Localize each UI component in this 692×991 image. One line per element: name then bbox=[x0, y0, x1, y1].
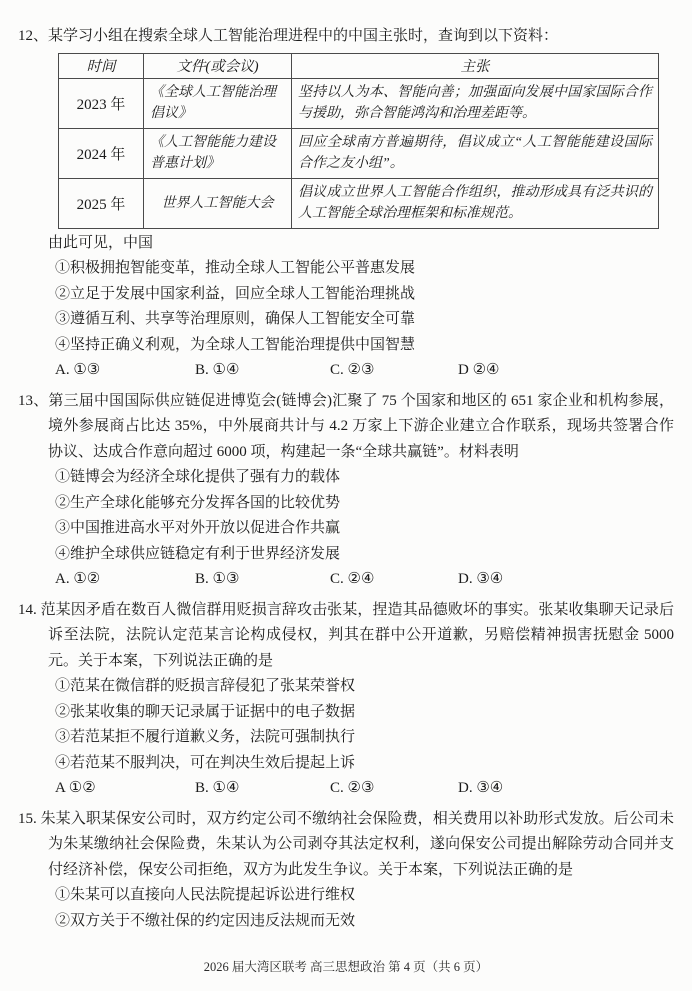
table-cell-document: 《全球人工智能治理倡议》 bbox=[144, 78, 292, 128]
option-item: ③若范某拒不履行道歉义务，法院可强制执行 bbox=[18, 725, 674, 751]
option-item: ①范某在微信群的贬损言辞侵犯了张某荣誉权 bbox=[18, 674, 674, 700]
option-item: ②生产全球化能够充分发挥各国的比较优势 bbox=[18, 491, 674, 517]
question-stem-text: 朱某入职某保安公司时，双方约定公司不缴纳社会保险费，相关费用以补助形式发放。后公… bbox=[41, 811, 674, 878]
question-number: 15. bbox=[18, 811, 41, 827]
question-stem-text: 某学习小组在搜索全球人工智能治理进程中的中国主张时，查询到以下资料： bbox=[48, 28, 558, 44]
option-item: ④维护全球供应链稳定有利于世界经济发展 bbox=[18, 542, 674, 568]
choice-b: B. ①④ bbox=[195, 358, 330, 384]
choices-row: A. ①③ B. ①④ C. ②③ D ②④ bbox=[18, 358, 674, 384]
table-cell-document: 世界人工智能大会 bbox=[144, 178, 292, 228]
choice-a: A ①② bbox=[55, 776, 195, 802]
choice-c: C. ②③ bbox=[330, 776, 458, 802]
table-header-row: 时间 文件(或会议) 主张 bbox=[59, 53, 659, 78]
option-item: ①朱某可以直接向人民法院提起诉讼进行维权 bbox=[18, 883, 674, 909]
option-item: ①积极拥抱智能变革，推动全球人工智能公平普惠发展 bbox=[18, 256, 674, 282]
choice-d: D. ③④ bbox=[458, 567, 503, 593]
choice-a: A. ①③ bbox=[55, 358, 195, 384]
choices-row: A ①② B. ①④ C. ②③ D. ③④ bbox=[18, 776, 674, 802]
table-row: 2023 年 《全球人工智能治理倡议》 坚持以人为本、智能向善；加强面向发展中国… bbox=[59, 78, 659, 128]
question-number: 13、 bbox=[18, 393, 48, 409]
table-row: 2024 年 《人工智能能力建设普惠计划》 回应全球南方普遍期待，倡议成立“人工… bbox=[59, 128, 659, 178]
choice-c: C. ②③ bbox=[330, 358, 458, 384]
question-12: 12、某学习小组在搜索全球人工智能治理进程中的中国主张时，查询到以下资料： 时间… bbox=[18, 24, 674, 384]
option-item: ④若范某不服判决，可在判决生效后提起上诉 bbox=[18, 751, 674, 777]
question-lead: 由此可见，中国 bbox=[18, 231, 674, 257]
table-header-document: 文件(或会议) bbox=[144, 53, 292, 78]
choice-c: C. ②④ bbox=[330, 567, 458, 593]
option-item: ①链博会为经济全球化提供了强有力的载体 bbox=[18, 465, 674, 491]
table-cell-year: 2023 年 bbox=[59, 78, 144, 128]
question-14: 14. 范某因矛盾在数百人微信群用贬损言辞攻击张某，捏造其品德败坏的事实。张某收… bbox=[18, 598, 674, 802]
choice-b: B. ①④ bbox=[195, 776, 330, 802]
question-stem: 14. 范某因矛盾在数百人微信群用贬损言辞攻击张某，捏造其品德败坏的事实。张某收… bbox=[18, 598, 674, 675]
question-stem-text: 第三届中国国际供应链促进博览会(链博会)汇聚了 75 个国家和地区的 651 家… bbox=[48, 393, 674, 460]
choice-a: A. ①② bbox=[55, 567, 195, 593]
question-stem: 12、某学习小组在搜索全球人工智能治理进程中的中国主张时，查询到以下资料： bbox=[18, 24, 674, 50]
table-cell-claim: 倡议成立世界人工智能合作组织，推动形成具有泛共识的人工智能全球治理框架和标准规范… bbox=[292, 178, 659, 228]
question-stem: 15. 朱某入职某保安公司时，双方约定公司不缴纳社会保险费，相关费用以补助形式发… bbox=[18, 807, 674, 884]
question-stem: 13、第三届中国国际供应链促进博览会(链博会)汇聚了 75 个国家和地区的 65… bbox=[18, 389, 674, 466]
ai-governance-table: 时间 文件(或会议) 主张 2023 年 《全球人工智能治理倡议》 坚持以人为本… bbox=[58, 53, 659, 229]
option-item: ④坚持正确义利观，为全球人工智能治理提供中国智慧 bbox=[18, 333, 674, 359]
option-item: ③遵循互利、共享等治理原则，确保人工智能安全可靠 bbox=[18, 307, 674, 333]
table-row: 2025 年 世界人工智能大会 倡议成立世界人工智能合作组织，推动形成具有泛共识… bbox=[59, 178, 659, 228]
choice-b: B. ①③ bbox=[195, 567, 330, 593]
choices-row: A. ①② B. ①③ C. ②④ D. ③④ bbox=[18, 567, 674, 593]
page-footer: 2026 届大湾区联考 高三思想政治 第 4 页（共 6 页） bbox=[0, 957, 692, 975]
table-header-claim: 主张 bbox=[292, 53, 659, 78]
question-13: 13、第三届中国国际供应链促进博览会(链博会)汇聚了 75 个国家和地区的 65… bbox=[18, 389, 674, 593]
question-15: 15. 朱某入职某保安公司时，双方约定公司不缴纳社会保险费，相关费用以补助形式发… bbox=[18, 807, 674, 935]
option-item: ②张某收集的聊天记录属于证据中的电子数据 bbox=[18, 700, 674, 726]
question-stem-text: 范某因矛盾在数百人微信群用贬损言辞攻击张某，捏造其品德败坏的事实。张某收集聊天记… bbox=[41, 602, 674, 669]
option-item: ②立足于发展中国家利益，回应全球人工智能治理挑战 bbox=[18, 282, 674, 308]
table-header-time: 时间 bbox=[59, 53, 144, 78]
table-cell-year: 2025 年 bbox=[59, 178, 144, 228]
choice-d: D. ③④ bbox=[458, 776, 503, 802]
question-number: 12、 bbox=[18, 28, 48, 44]
table-cell-document: 《人工智能能力建设普惠计划》 bbox=[144, 128, 292, 178]
table-cell-claim: 回应全球南方普遍期待，倡议成立“人工智能能建设国际合作之友小组”。 bbox=[292, 128, 659, 178]
table-cell-year: 2024 年 bbox=[59, 128, 144, 178]
table-cell-claim: 坚持以人为本、智能向善；加强面向发展中国家国际合作与援助，弥合智能鸿沟和治理差距… bbox=[292, 78, 659, 128]
option-item: ②双方关于不缴社保的约定因违反法规而无效 bbox=[18, 909, 674, 935]
question-number: 14. bbox=[18, 602, 41, 618]
option-item: ③中国推进高水平对外开放以促进合作共赢 bbox=[18, 516, 674, 542]
exam-page: 12、某学习小组在搜索全球人工智能治理进程中的中国主张时，查询到以下资料： 时间… bbox=[0, 0, 692, 991]
choice-d: D ②④ bbox=[458, 358, 499, 384]
